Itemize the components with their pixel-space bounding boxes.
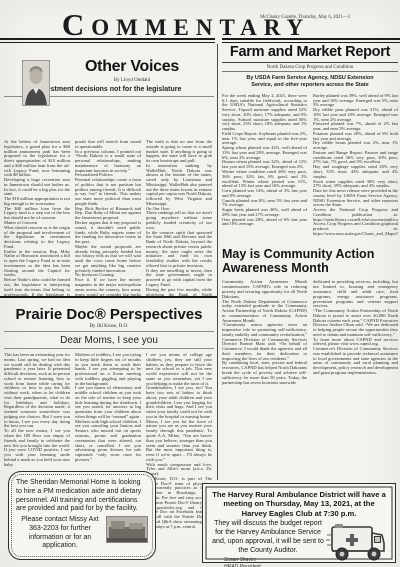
other-voices-title: Other Voices <box>50 58 214 76</box>
other-voices-col-1: At the behest of Jamestown area legislat… <box>4 140 70 298</box>
other-voices-col-3: The truth is that no one from the outsid… <box>146 140 212 298</box>
other-voices-byline: By Lloyd Omdahl <box>50 78 214 83</box>
ambulance-clipart <box>326 521 388 565</box>
farm-report-byline: By USDA Farm Service Agency, NDSU Extens… <box>236 75 384 89</box>
sheridan-contact-row: Please contact Missy Axt 363-2203 for fu… <box>16 516 148 551</box>
community-action-body: Community Action Awareness Month commemo… <box>222 280 398 385</box>
header-rule-left <box>0 38 215 43</box>
prairie-doc-headline: Dear Moms, I see you <box>4 335 214 349</box>
header-rule-right <box>222 38 400 43</box>
farm-report-col-1: For the week ending May 2, 2021, there w… <box>222 94 307 237</box>
prairie-doc-col-2: Mothers of toddlers, I see you trying to… <box>75 353 141 481</box>
lloyd-omdahl-photo <box>22 60 50 106</box>
ambulance-meeting-notice: The Harvey Rural Ambulance District will… <box>202 483 396 563</box>
ambulance-notice-body: They will discuss the budget report for … <box>210 520 326 555</box>
farm-report-col-2: Barley planted was 39%, well ahead of 9%… <box>313 94 398 237</box>
farm-report-subtitle: North Dakota Crop Progress and Condition <box>222 62 398 72</box>
community-action-col-2: dedicated to providing services, includi… <box>313 280 398 385</box>
ambulance-notice-signature: Susan Shaver, HRAD President <box>224 557 326 567</box>
other-voices-body: At the behest of Jamestown area legislat… <box>4 140 214 298</box>
column-divider <box>217 44 218 480</box>
community-action-title: May is Community Action Awareness Month <box>222 247 398 276</box>
newspaper-page: McClusky Gazette, Thursday, May 6, 2021—… <box>0 0 400 567</box>
community-action-section: May is Community Action Awareness Month … <box>222 247 398 386</box>
facility-photo <box>106 516 148 543</box>
prairie-doc-header: Prairie Doc® Perspectives By Jill Kruse,… <box>4 306 214 349</box>
header-rule <box>0 38 400 43</box>
sheridan-home-ad: The Sheridan Memorial Home is looking to… <box>8 471 156 560</box>
prairie-doc-col-1: This has been an exhausting year for mom… <box>4 353 70 481</box>
community-action-col-1: Community Action Awareness Month commemo… <box>222 280 307 385</box>
farm-report-title: Farm and Market Report <box>222 44 398 60</box>
ambulance-notice-heading: The Harvey Rural Ambulance District will… <box>210 490 388 518</box>
prairie-doc-title: Prairie Doc® Perspectives <box>4 306 214 323</box>
ambulance-notice-text: They will discuss the budget report for … <box>210 520 326 567</box>
sheridan-contact-lines: Please contact Missy Axt 363-2203 for fu… <box>16 516 104 551</box>
prairie-doc-byline: By Jill Kruse, D.O. <box>4 324 214 332</box>
ambulance-notice-lower: They will discuss the budget report for … <box>210 520 388 567</box>
right-column-block: Farm and Market Report North Dakota Crop… <box>222 44 398 385</box>
left-column-block: Other Voices By Lloyd Omdahl Investment … <box>4 44 214 529</box>
other-voices-col-2: posals that will stretch from sound to q… <box>75 140 141 298</box>
other-voices-header: Other Voices By Lloyd Omdahl Investment … <box>4 58 214 130</box>
farm-report-body: For the week ending May 2, 2021, there w… <box>222 94 398 237</box>
sheridan-ad-text: The Sheridan Memorial Home is looking to… <box>16 479 148 514</box>
